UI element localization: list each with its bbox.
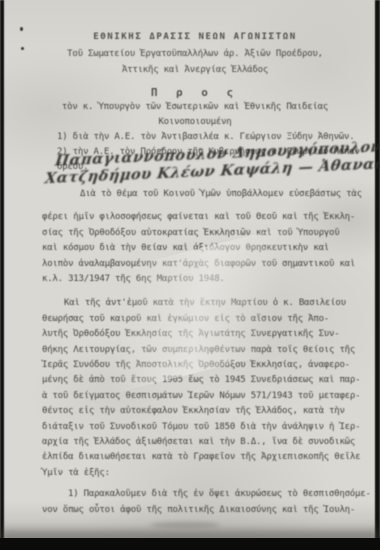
text-line: σίας τῆς Ὀρθοδόξου αὐτοκρατίας Ἐκκλησιῶν… bbox=[42, 226, 348, 241]
paragraph-3: 1) Παρακαλοῦμεν διὰ τῆς ἐν ὄψει ἀκυρώσεω… bbox=[42, 487, 348, 518]
text-line: μένης δὲ ἀπὸ τοῦ ἔτους 1905 ἕως τὸ 1945 … bbox=[42, 373, 348, 388]
text-line: τὸν κ. Ὑπουργὸν τῶν Ἐσωτερικῶν καὶ Ἐθνικ… bbox=[42, 100, 348, 115]
text-line: 1) Παρακαλοῦμεν διὰ τῆς ἐν ὄψει ἀκυρώσεω… bbox=[42, 487, 348, 502]
ink-speck bbox=[21, 47, 24, 50]
typewritten-content: ΕΘΝΙΚΗΣ ΔΡΑΣΙΣ ΝΕΩΝ ΑΓΩΝΙΣΤΩΝΤοῦ Σωματεί… bbox=[42, 24, 348, 518]
page-edge-bottom bbox=[0, 538, 380, 550]
text-line: κ.λ. 313/1947 τῆς 6ης Μαρτίου 1948. bbox=[42, 272, 348, 287]
text-line: Τοῦ Σωματείου Ἐργατοϋπαλλήλων ἀρ. Ἀξιῶν … bbox=[42, 46, 348, 63]
text-line: νον ὅπως οὗτοι ἀφοῦ τῆς πολιτικῆς Δικαιο… bbox=[42, 503, 348, 518]
text-line: Ἀττικῆς καὶ Ἀνεργίας Ἑλλάδος bbox=[42, 62, 348, 79]
page-edge-right bbox=[375, 0, 380, 550]
text-line: αρχία τῆς Ἑλλάδος ἀξιωθήσεται καὶ τὴν Β.… bbox=[42, 435, 348, 450]
paragraph-1: φέρει ἡμῖν φιλοσοφήσεως φαίνεται καὶ τοῦ… bbox=[42, 210, 348, 287]
document-title: Π ρ ο ς bbox=[42, 86, 348, 100]
text-line: φέρει ἡμῖν φιλοσοφήσεως φαίνεται καὶ τοῦ… bbox=[42, 210, 348, 225]
text-line: διάταξιν τοῦ Συνοδικοῦ Τόμου τοῦ 1850 δι… bbox=[42, 420, 348, 435]
text-line: ΕΘΝΙΚΗΣ ΔΡΑΣΙΣ ΝΕΩΝ ΑΓΩΝΙΣΤΩΝ bbox=[42, 29, 348, 46]
text-line: θέντος εἰς τὴν αὐτοκέφαλον Ἐκκλησίαν τῆς… bbox=[42, 404, 348, 419]
text-line: Ἱερᾶς Συνόδου τῆς Ἀποστολικῆς Ὀρθοδόξου … bbox=[42, 358, 348, 373]
text-line: θήκης Λειτουργίας, τῶν συμπεριληφθέντων … bbox=[42, 343, 348, 358]
page-edge-left bbox=[0, 0, 4, 550]
paragraph-2: Καὶ τῆς ἀντ'ἐμοῦ κατὰ τὴν ἕκτην Μαρτίου … bbox=[42, 296, 348, 481]
text-line: καὶ κόσμου διὰ τὴν θείαν καὶ ἀξιόλογον θ… bbox=[42, 241, 348, 256]
text-line: Κοινοποιουμένη bbox=[42, 115, 348, 130]
text-line: θεωρήσας τοῦ καιροῦ καὶ ἐγκώμιον εἰς τὸ … bbox=[42, 312, 348, 327]
text-line: Καὶ τῆς ἀντ'ἐμοῦ κατὰ τὴν ἕκτην Μαρτίου … bbox=[42, 296, 348, 311]
text-line: λυτῆς Ὀρθοδόξου Ἐκκλησίας τῆς Ἁγιωτάτης … bbox=[42, 327, 348, 342]
intro-line: Διὰ τὸ θέμα τοῦ Κοινοῦ Ὑμῶν ὑποβάλλομεν … bbox=[42, 187, 348, 202]
pencil-smudge bbox=[150, 522, 220, 528]
text-line: Ὑμῖν τὰ ἑξῆς: bbox=[42, 466, 348, 481]
scanned-document-page: ΕΘΝΙΚΗΣ ΔΡΑΣΙΣ ΝΕΩΝ ΑΓΩΝΙΣΤΩΝΤοῦ Σωματεί… bbox=[0, 0, 380, 550]
text-line: ὰ τοῦ δείγματος θεσπισμάτων Ἱερῶν Νόμων … bbox=[42, 389, 348, 404]
letterhead: ΕΘΝΙΚΗΣ ΔΡΑΣΙΣ ΝΕΩΝ ΑΓΩΝΙΣΤΩΝΤοῦ Σωματεί… bbox=[42, 29, 348, 79]
text-line: λοιπὸν ἀναλαμβανομένην κατ'ἀρχὰς διαφορῶ… bbox=[42, 257, 348, 272]
ink-speck bbox=[20, 27, 23, 31]
recipient-block: τὸν κ. Ὑπουργὸν τῶν Ἐσωτερικῶν καὶ Ἐθνικ… bbox=[42, 100, 348, 131]
text-line: ἐλπίδα δικαιωθήσεται κατὰ τὸ Γραφεῖον τῆ… bbox=[42, 450, 348, 465]
